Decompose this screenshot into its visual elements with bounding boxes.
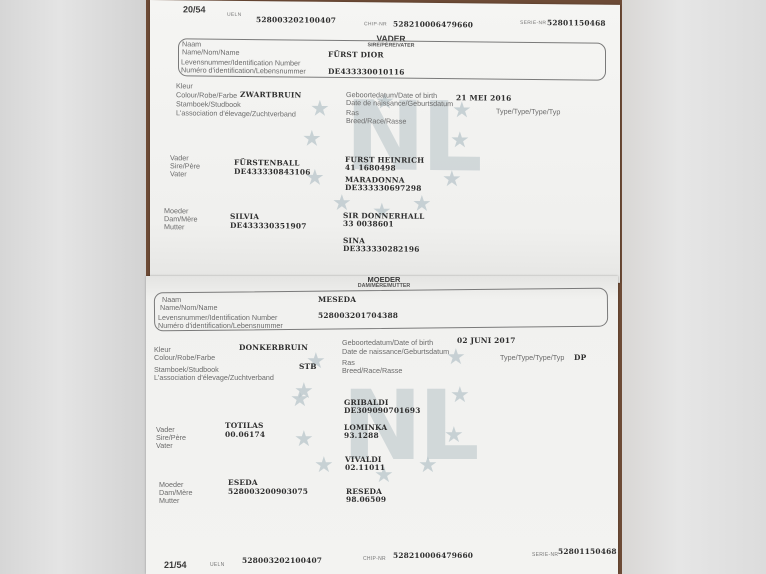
ueln-value: 528003202100407 xyxy=(242,556,322,565)
id-label-2: Numéro d'identification/Lebensnummer xyxy=(181,66,306,76)
background-left-blur xyxy=(0,0,148,574)
dam-dam-id: DE333330282196 xyxy=(343,244,420,254)
horse-colour: ZWARTBRUIN xyxy=(240,90,302,100)
ueln-label: UELN xyxy=(227,12,242,18)
dam-id: DE433330351907 xyxy=(230,221,307,231)
name-label: Name/Nom/Name xyxy=(182,48,240,57)
sire-sire-id: DE309090701693 xyxy=(344,406,421,415)
breed-label: Breed/Race/Rasse xyxy=(342,367,402,376)
horse-name: MESEDA xyxy=(318,295,356,304)
eu-star-icon: ★ xyxy=(290,388,310,410)
type-label: Type/Type/Type/Typ xyxy=(500,354,564,363)
association-label: L'association d'élevage/Zuchtverband xyxy=(154,374,274,383)
serie-label: SERIE-NR xyxy=(520,20,546,26)
birth-date: 02 JUNI 2017 xyxy=(457,336,516,345)
serie-value: 52801150468 xyxy=(547,18,606,28)
sire-label-de: Vater xyxy=(170,170,187,179)
sire-label-de: Vater xyxy=(156,442,173,451)
eu-star-icon: ★ xyxy=(442,168,462,190)
dam-sire-id: 33 0038601 xyxy=(343,219,394,229)
chip-value: 528210006479660 xyxy=(393,551,473,560)
birth-label-2: Date de naissance/Geburtsdatum xyxy=(342,348,449,357)
association-label: L'association d'élevage/Zuchtverband xyxy=(176,109,296,119)
horse-colour: DONKERBRUIN xyxy=(239,343,308,352)
eu-star-icon: ★ xyxy=(314,454,334,476)
type-label: Type/Type/Type/Typ xyxy=(496,108,560,117)
sire-dam-id: DE333330697298 xyxy=(345,183,422,193)
page-number: 21/54 xyxy=(164,560,187,570)
chip-value: 528210006479660 xyxy=(393,20,473,30)
eu-star-icon: ★ xyxy=(444,424,464,446)
eu-star-icon: ★ xyxy=(452,99,472,121)
horse-type: DP xyxy=(574,353,586,362)
sire-dam-id: 93.1288 xyxy=(344,431,379,440)
horse-name: FÜRST DIOR xyxy=(328,50,384,60)
horse-id: DE433330010116 xyxy=(328,67,405,77)
ueln-label: UELN xyxy=(210,562,225,568)
serie-value: 52801150468 xyxy=(558,547,617,556)
colour-label: Colour/Robe/Farbe xyxy=(154,354,215,363)
birth-date: 21 MEI 2016 xyxy=(456,93,511,103)
dam-sire-id: 02.11011 xyxy=(345,463,385,472)
page-number: 20/54 xyxy=(183,4,206,14)
ueln-value: 528003202100407 xyxy=(256,15,336,25)
horse-id: 528003201704388 xyxy=(318,311,398,320)
breed-label: Breed/Race/Rasse xyxy=(346,117,406,126)
name-label: Name/Nom/Name xyxy=(160,304,218,313)
birth-label-2: Date de naissance/Geburtsdatum xyxy=(346,99,453,109)
sire-id: DE433330843106 xyxy=(234,167,311,177)
chip-label: CHIP-NR xyxy=(363,556,386,562)
section-subtitle: DAM/MÈRE/MUTTER xyxy=(324,283,444,289)
passport-page-dam: NL ★ ★ ★ ★ ★ ★ ★ ★ ★ ★ MOEDER DAM/MÈRE/M… xyxy=(146,276,618,574)
eu-star-icon: ★ xyxy=(450,129,470,151)
eu-star-icon: ★ xyxy=(302,128,322,150)
dam-label-de: Mutter xyxy=(164,223,184,232)
horse-studbook: STB xyxy=(299,362,317,371)
sire-sire-id: 41 1680498 xyxy=(345,163,396,173)
passport-page-sire: NL ★ ★ ★ ★ ★ ★ ★ ★ ★ ★ 20/54 UELN 528003… xyxy=(150,0,620,283)
dam-label-de: Mutter xyxy=(159,497,179,506)
id-label-2: Numéro d'identification/Lebensnummer xyxy=(158,322,283,331)
dam-name: ESEDA xyxy=(228,478,258,487)
sire-name: TOTILAS xyxy=(225,421,264,430)
dam-dam-id: 98.06509 xyxy=(346,495,386,504)
dam-id: 528003200903075 xyxy=(228,487,308,496)
serie-label: SERIE-NR xyxy=(532,552,558,558)
background-right-blur xyxy=(620,0,766,574)
eu-star-icon: ★ xyxy=(418,454,438,476)
eu-star-icon: ★ xyxy=(310,98,330,120)
sire-id: 00.06174 xyxy=(225,430,265,439)
dam-name: SILVIA xyxy=(230,212,259,221)
eu-star-icon: ★ xyxy=(450,384,470,406)
eu-star-icon: ★ xyxy=(294,428,314,450)
chip-label: CHIP-NR xyxy=(364,21,387,27)
